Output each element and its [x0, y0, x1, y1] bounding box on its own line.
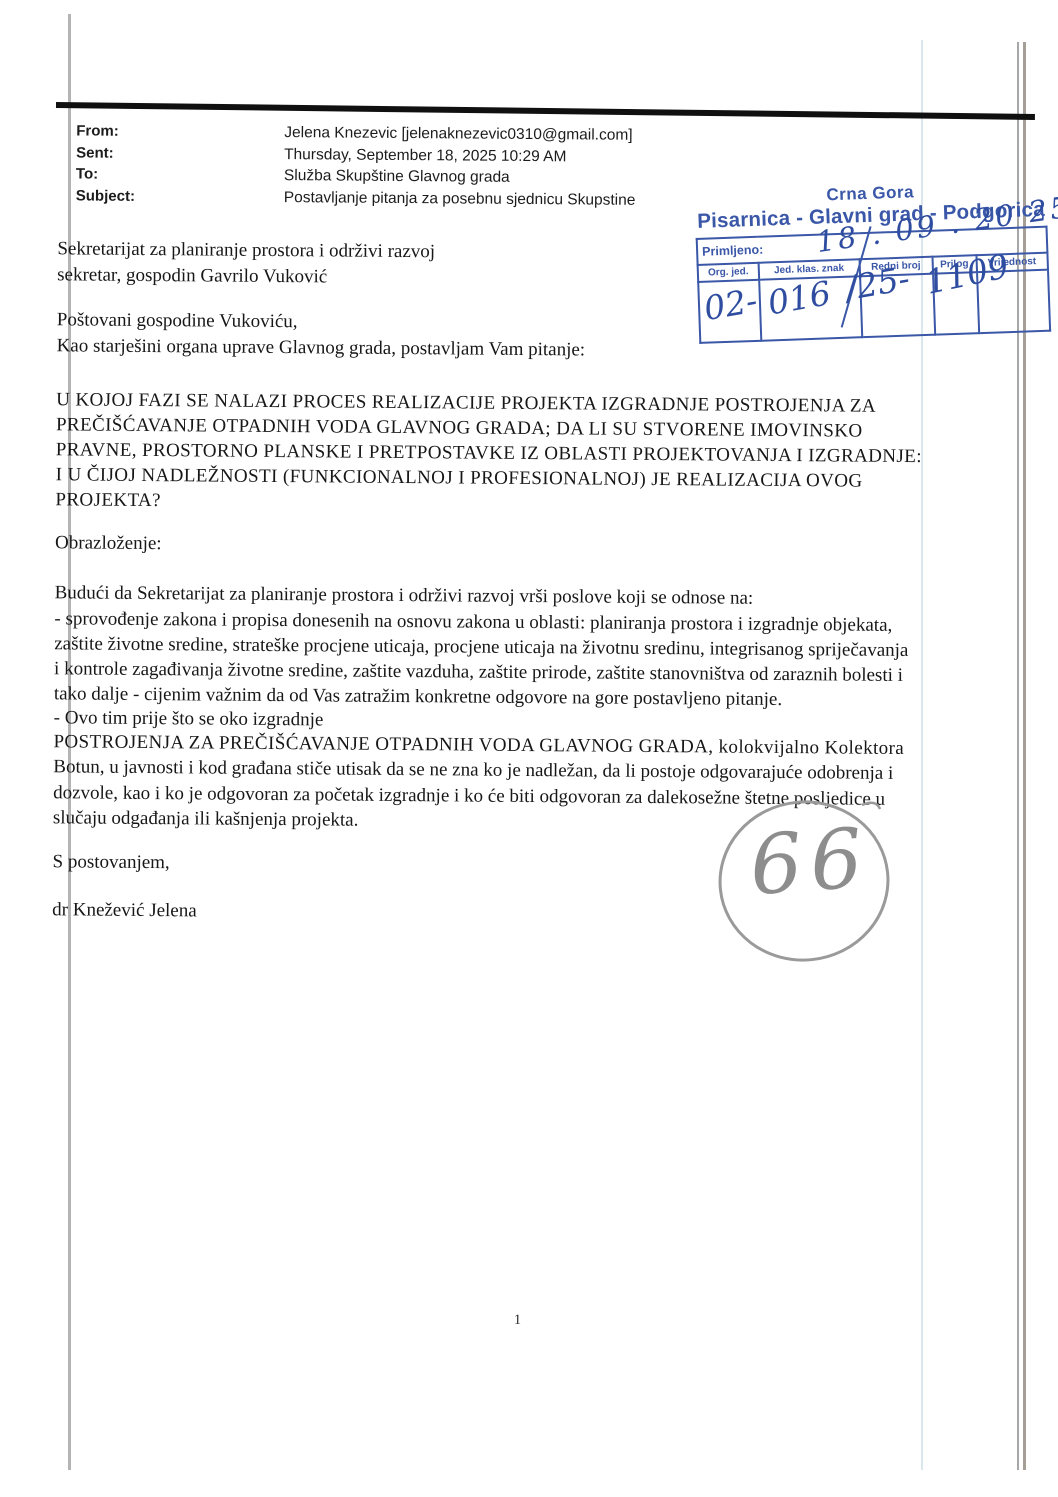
email-from-label: From: [76, 122, 119, 139]
email-to-label: To: [76, 165, 98, 182]
explanation-line: zaštite životne sredine, strateške procj… [54, 633, 908, 662]
explanation-line: Botun, u javnosti i kod građana stiče ut… [53, 756, 893, 785]
explanation-line: Budući da Sekretarijat za planiranje pro… [55, 582, 754, 609]
explanation-line: tako dalje - cijenim važnim da od Vas za… [54, 683, 782, 711]
scanned-document-page: From: Jelena Knezevic [jelenaknezevic031… [0, 0, 1058, 1497]
email-to-value: Služba Skupštine Glavnog grada [284, 167, 510, 187]
signature-line: dr Knežević Jelena [52, 899, 197, 922]
page-number: 1 [514, 1313, 521, 1329]
email-subject-label: Subject: [76, 187, 135, 204]
explanation-line: POSTROJENJA ZA PREČIŠĆAVANJE OTPADNIH VO… [53, 731, 904, 760]
recipient-line: sekretar, gospodin Gavrilo Vuković [57, 264, 327, 288]
stamp-col-org-jed: Org. jed. [698, 263, 759, 282]
question-line: I U ČIJOJ NADLEŽNOSTI (FUNKCIONALNOJ I P… [56, 464, 863, 492]
explanation-line: - sprovođenje zakona i propisa donesenih… [54, 608, 892, 637]
salutation-line: Kao starješini organa uprave Glavnog gra… [57, 335, 586, 361]
question-line: PRAVNE, PROSTORNO PLANSKE I PRETPOSTAVKE… [56, 439, 922, 468]
explanation-line: i kontrole zagađivanja životne sredine, … [54, 658, 903, 687]
explanation-line: slučaju odgađanja ili kašnjenja projekta… [53, 807, 359, 831]
explanation-line: - Ovo tim prije što se oko izgradnje [54, 707, 324, 731]
email-subject-value: Postavljanje pitanja za posebnu sjednicu… [284, 189, 636, 210]
question-line: PROJEKTA? [55, 489, 161, 512]
salutation-line: Poštovani gospodine Vukoviću, [57, 309, 298, 333]
pencil-circled-number: 66 [747, 811, 874, 914]
question-line: U KOJOJ FAZI SE NALAZI PROCES REALIZACIJ… [56, 389, 876, 417]
closing-line: S postovanjem, [52, 851, 169, 874]
email-sent-label: Sent: [76, 144, 114, 161]
email-sent-value: Thursday, September 18, 2025 10:29 AM [284, 146, 566, 166]
recipient-line: Sekretarijat za planiranje prostora i od… [57, 238, 435, 263]
email-from-value: Jelena Knezevic [jelenaknezevic0310@gmai… [284, 124, 632, 145]
pencil-annotation: 66 [712, 793, 897, 971]
obrazlozenje-heading: Obrazloženje: [55, 532, 162, 555]
question-line: PREČIŠĆAVANJE OTPADNIH VODA GLAVNOG GRAD… [56, 414, 863, 442]
registry-stamp: Crna Gora Pisarnica - Glavni grad - Podg… [694, 178, 1051, 344]
